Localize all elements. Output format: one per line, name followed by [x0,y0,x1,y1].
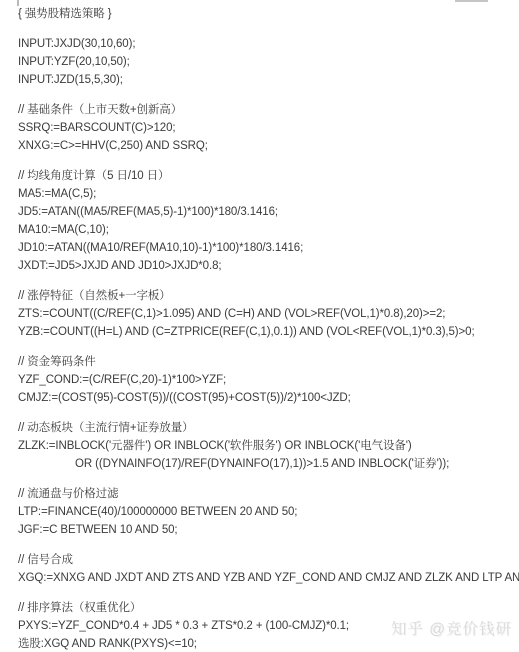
comment-limit-up: // 涨停特征（自然板+一字板） [18,287,509,305]
code-line-jxdt: JXDT:=JD5>JXJD AND JD10>JXJD*0.8; [18,257,509,275]
comment-ranking: // 排序算法（权重优化） [18,599,509,617]
dynamic-sector-block: // 动态板块（主流行情+证券放量） ZLZK:=INBLOCK('元器件') … [18,419,509,473]
code-line-xgq: XGQ:=XNXG AND JXDT AND ZTS AND YZB AND Y… [18,569,509,587]
code-line-zlzk: ZLZK:=INBLOCK('元器件') OR INBLOCK('软件服务') … [18,437,509,455]
code-line-ltp: LTP:=FINANCE(40)/100000000 BETWEEN 20 AN… [18,503,509,521]
capital-chip-block: // 资金筹码条件 YZF_COND:=(C/REF(C,20)-1)*100>… [18,353,509,407]
code-line-jgf: JGF:=C BETWEEN 10 AND 50; [18,521,509,539]
float-price-filter-block: // 流通盘与价格过滤 LTP:=FINANCE(40)/100000000 B… [18,485,509,539]
signal-compose-block: // 信号合成 XGQ:=XNXG AND JXDT AND ZTS AND Y… [18,551,509,587]
limit-up-block: // 涨停特征（自然板+一字板） ZTS:=COUNT((C/REF(C,1)>… [18,287,509,341]
code-line-input-jzd: INPUT:JZD(15,5,30); [18,71,509,89]
base-condition-block: // 基础条件（上市天数+创新高） SSRQ:=BARSCOUNT(C)>120… [18,101,509,155]
code-line-cmjz: CMJZ:=(COST(95)-COST(5))/((COST(95)+COST… [18,389,509,407]
code-line-jd5: JD5:=ATAN((MA5/REF(MA5,5)-1)*100)*180/3.… [18,203,509,221]
strategy-title: { 强势股精选策略 } [18,5,509,23]
code-line-yzf-cond: YZF_COND:=(C/REF(C,20)-1)*100>YZF; [18,371,509,389]
strategy-code-document: { 强势股精选策略 } INPUT:JXJD(30,10,60); INPUT:… [0,0,519,652]
code-line-input-jxjd: INPUT:JXJD(30,10,60); [18,35,509,53]
comment-base-condition: // 基础条件（上市天数+创新高） [18,101,509,119]
zhihu-watermark: 知乎 @竞价钱研 [391,617,512,639]
comment-float-price-filter: // 流通盘与价格过滤 [18,485,509,503]
code-line-jd10: JD10:=ATAN((MA10/REF(MA10,10)-1)*100)*18… [18,239,509,257]
title-block: { 强势股精选策略 } [18,5,509,23]
code-line-ma5: MA5:=MA(C,5); [18,185,509,203]
ma-angle-block: // 均线角度计算（5 日/10 日） MA5:=MA(C,5); JD5:=A… [18,167,509,275]
code-line-ma10: MA10:=MA(C,10); [18,221,509,239]
comment-signal-compose: // 信号合成 [18,551,509,569]
code-line-zts: ZTS:=COUNT((C/REF(C,1)>1.095) AND (C=H) … [18,305,509,323]
input-params-block: INPUT:JXJD(30,10,60); INPUT:YZF(20,10,50… [18,35,509,89]
code-line-zlzk-continuation: OR ((DYNAINFO(17)/REF(DYNAINFO(17),1))>1… [18,455,509,473]
scan-artifact-top-right [455,0,488,2]
comment-dynamic-sector: // 动态板块（主流行情+证券放量） [18,419,509,437]
code-line-xnxg: XNXG:=C>=HHV(C,250) AND SSRQ; [18,137,509,155]
code-line-yzb: YZB:=COUNT((H=L) AND (C=ZTPRICE(REF(C,1)… [18,323,509,341]
code-line-input-yzf: INPUT:YZF(20,10,50); [18,53,509,71]
comment-capital-chip: // 资金筹码条件 [18,353,509,371]
code-line-ssrq: SSRQ:=BARSCOUNT(C)>120; [18,119,509,137]
comment-ma-angle: // 均线角度计算（5 日/10 日） [18,167,509,185]
scan-artifact-top-left [17,0,19,6]
